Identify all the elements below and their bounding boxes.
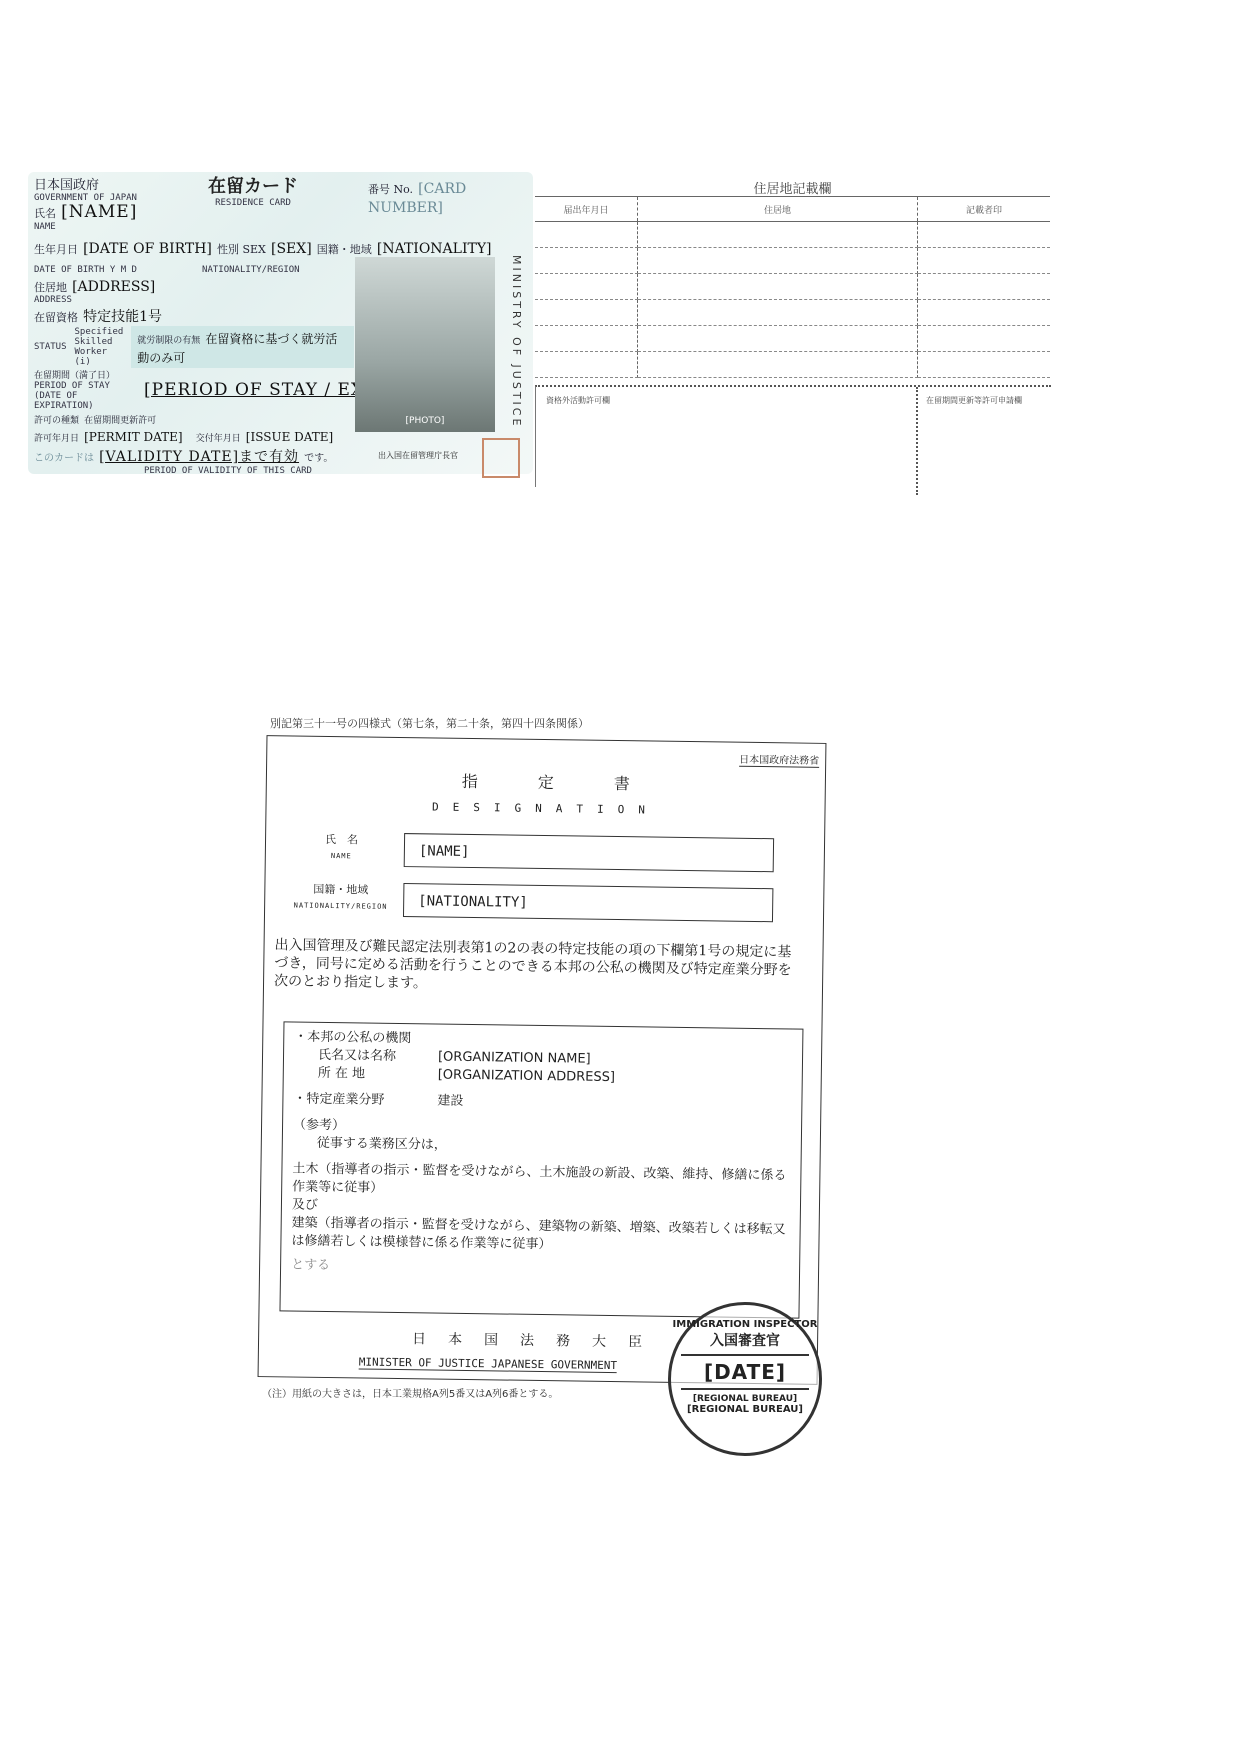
field-value: 建設 xyxy=(437,1093,463,1111)
ministry-header: 日本国政府法務省 xyxy=(739,751,819,768)
col-notification-date: 届出年月日 xyxy=(535,197,638,222)
designation-title-jp: 指定書 xyxy=(267,766,825,797)
nationality-label-jp: 国籍・地域 xyxy=(317,243,372,256)
issuer-label: 出入国在留管理庁長官 xyxy=(378,450,458,461)
status-label-en: STATUS xyxy=(34,342,67,352)
address-record-row xyxy=(535,326,1050,352)
ministry-vertical-text: MINISTRY OF JUSTICE xyxy=(510,255,523,428)
designation-details: ・本邦の公私の機関 氏名又は名称[ORGANIZATION NAME] 所 在 … xyxy=(279,1021,803,1318)
nationality-label-en: NATIONALITY/REGION xyxy=(294,902,388,911)
period-label-jp: 在留期間（満了日） xyxy=(34,368,134,381)
status-value-en: Specified Skilled Worker (i) xyxy=(75,327,124,367)
minister-en: MINISTER OF JUSTICE JAPANESE GOVERNMENT xyxy=(359,1355,617,1373)
name-label-jp: 氏 名 xyxy=(325,833,358,846)
official-seal-icon xyxy=(482,438,520,478)
validity-suffix: です。 xyxy=(304,453,333,464)
designation-frame: 日本国政府法務省 指定書 DESIGNATION 氏 名NAME [NAME] … xyxy=(258,735,827,1385)
seal-top-en: IMMIGRATION INSPECTOR xyxy=(671,1319,819,1330)
validity-value: [VALIDITY DATE]まで有効 xyxy=(99,449,299,465)
extension-label: 在留期間更新等許可申請欄 xyxy=(916,387,1022,495)
duty-civil: 土木（指導者の指示・監督を受けながら、土木施設の新設、改築、維持、修繕に係る作業… xyxy=(292,1161,790,1204)
col-recorder-seal: 記載者印 xyxy=(918,197,1051,222)
col-address: 住居地 xyxy=(638,197,918,222)
duty-building: 建築（指導者の指示・監督を受けながら、建築物の新築、増築、改築若しくは移転又は修… xyxy=(291,1215,789,1258)
card-title-jp: 在留カード xyxy=(208,172,298,198)
dob-label-jp: 生年月日 xyxy=(34,243,78,256)
government-jp: 日本国政府 xyxy=(34,174,137,193)
name-value: [NAME] xyxy=(61,202,137,222)
validity-prefix: このカードは xyxy=(34,453,94,464)
lower-section: 資格外活動許可欄 在留期間更新等許可申請欄 xyxy=(535,385,1051,487)
permit-type-value: 在留期間更新許可 xyxy=(84,416,156,426)
permit-date-label: 許可年月日 xyxy=(34,434,79,444)
status-value-jp: 特定技能1号 xyxy=(83,309,162,325)
name-label-jp: 氏名 xyxy=(34,207,56,220)
address-record-row xyxy=(535,352,1050,378)
designation-document: 別記第三十一号の四様式（第七条，第二十条，第四十四条関係） 日本国政府法務省 指… xyxy=(262,715,822,1400)
field-label: ・特定産業分野 xyxy=(293,1091,437,1111)
residence-card-back: 住居地記載欄 届出年月日 住居地 記載者印 資格外活動許可欄 在留期間更新等許可… xyxy=(535,172,1050,487)
dob-value: [DATE OF BIRTH] xyxy=(83,241,212,257)
address-record-row xyxy=(535,248,1050,274)
address-value: [ADDRESS] xyxy=(72,279,155,295)
address-record-row xyxy=(535,274,1050,300)
immigration-seal-icon: IMMIGRATION INSPECTOR 入国審査官 [DATE] [REGI… xyxy=(668,1302,822,1456)
sex-label: 性別 SEX xyxy=(217,243,266,256)
org-name-value: [ORGANIZATION NAME] xyxy=(438,1049,591,1069)
nationality-field: [NATIONALITY] xyxy=(403,883,773,922)
duties-end: とする xyxy=(291,1257,789,1282)
nationality-label-jp: 国籍・地域 xyxy=(313,883,368,897)
address-label-en: ADDRESS xyxy=(34,295,155,305)
work-restriction-label: 就労制限の有無 xyxy=(137,336,200,346)
designation-title-en: DESIGNATION xyxy=(266,798,824,819)
permit-date-value: [PERMIT DATE] xyxy=(84,430,182,444)
org-name-label: 氏名又は名称 xyxy=(318,1047,438,1067)
designation-paragraph: 出入国管理及び難民認定法別表第1の2の表の特定技能の項の下欄第1号の規定に基づき… xyxy=(274,936,803,997)
name-label-en: NAME xyxy=(331,852,352,860)
org-address-label: 所 在 地 xyxy=(318,1065,438,1085)
card-title-en: RESIDENCE CARD xyxy=(208,198,298,208)
card-number-label: 番号 No. xyxy=(368,183,413,196)
address-record-row xyxy=(535,300,1050,326)
name-row: 氏 名NAME [NAME] xyxy=(294,832,389,865)
nationality-label-en: NATIONALITY/REGION xyxy=(202,265,300,275)
period-label-en: PERIOD OF STAY (DATE OF EXPIRATION) xyxy=(34,381,134,411)
org-address-value: [ORGANIZATION ADDRESS] xyxy=(438,1067,615,1087)
dob-label-en: DATE OF BIRTH Y M D xyxy=(34,265,137,275)
permit-type-label: 許可の種類 xyxy=(34,416,79,426)
seal-top-jp: 入国審査官 xyxy=(671,1330,819,1350)
issue-date-value: [ISSUE DATE] xyxy=(246,430,333,444)
name-field: [NAME] xyxy=(404,833,774,872)
nationality-row: 国籍・地域NATIONALITY/REGION [NATIONALITY] xyxy=(293,882,388,915)
address-record-title: 住居地記載欄 xyxy=(535,178,1050,197)
extra-activity-label: 資格外活動許可欄 xyxy=(546,395,610,406)
photo-placeholder: [PHOTO] xyxy=(355,257,495,432)
issue-date-label: 交付年月日 xyxy=(196,434,241,444)
sex-value: [SEX] xyxy=(271,241,312,257)
seal-bottom-jp: [REGIONAL BUREAU] xyxy=(671,1394,819,1404)
nationality-value: [NATIONALITY] xyxy=(377,241,492,257)
photo-label: [PHOTO] xyxy=(355,416,495,426)
seal-date: [DATE] xyxy=(681,1354,809,1390)
form-reference: 別記第三十一号の四様式（第七条，第二十条，第四十四条関係） xyxy=(270,715,822,731)
address-record-row xyxy=(535,222,1050,248)
address-label-jp: 住居地 xyxy=(34,281,67,294)
status-label-jp: 在留資格 xyxy=(34,311,78,324)
seal-bottom-en: [REGIONAL BUREAU] xyxy=(671,1404,819,1415)
name-label-en: NAME xyxy=(34,222,137,232)
address-record-table: 届出年月日 住居地 記載者印 xyxy=(535,196,1050,378)
validity-label-en: PERIOD OF VALIDITY OF THIS CARD xyxy=(144,466,333,476)
